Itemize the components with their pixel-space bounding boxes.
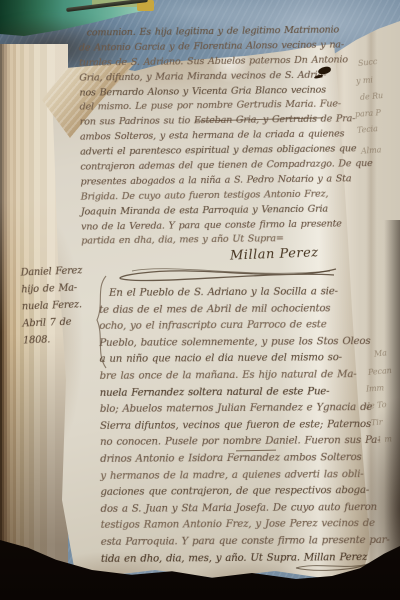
next-page-text-fragment: y mi — [356, 75, 373, 85]
gutter-edge-shadow — [384, 220, 400, 565]
next-page-text-fragment: Tir — [371, 418, 383, 428]
manuscript-line: blo; Abuelos maternos Julian Fernandez e… — [100, 402, 358, 420]
manuscript-line: nuela Fernandez soltera natural de este … — [100, 386, 358, 404]
next-page-text-fragment: para P — [355, 108, 381, 119]
manuscript-line: ocho, yo el infrascripto cura Parroco de… — [99, 319, 357, 337]
next-page-text-fragment: Alma — [361, 145, 382, 155]
manuscript-line: bre las once de la mañana. Es hijo natur… — [100, 369, 358, 387]
manuscript-line: a un niño que nacio el dia nueve del mis… — [99, 352, 357, 370]
next-page-text-fragment: Tecia — [357, 124, 378, 135]
flourish-stroke — [120, 269, 336, 281]
millan-perez-signature: Millan Perez — [230, 245, 319, 263]
manuscript-line: gaciones que contrajeron, de que respect… — [100, 485, 358, 503]
next-page-text-fragment: Imm — [366, 383, 385, 393]
signature-flourish — [112, 263, 342, 287]
manuscript-line: y hermanos de la madre, a quienes advert… — [100, 469, 358, 487]
entry-2-text: En el Pueblo de S. Adriano y la Socilla … — [99, 286, 359, 570]
manuscript-line: En el Pueblo de S. Adriano y la Socilla … — [109, 286, 357, 304]
manuscript-line: drinos Antonio e Isidora Fernandez ambos… — [100, 452, 358, 470]
entry-1-text: comunion. Es hija legitima y de legitimo… — [79, 24, 344, 251]
manuscript-photo: Succy mide Rupara PTeciaAlmaMaPecanImmde… — [0, 0, 400, 600]
manuscript-line: esta Parroquia. Y para que conste firmo … — [101, 535, 359, 553]
manuscript-line: no conocen. Pusele por nombre Daniel. Fu… — [100, 435, 358, 453]
manuscript-line: te dias de el mes de Abril de mil ochoci… — [99, 303, 357, 321]
manuscript-line: testigos Ramon Antonio Frez, y Jose Pere… — [101, 518, 359, 536]
